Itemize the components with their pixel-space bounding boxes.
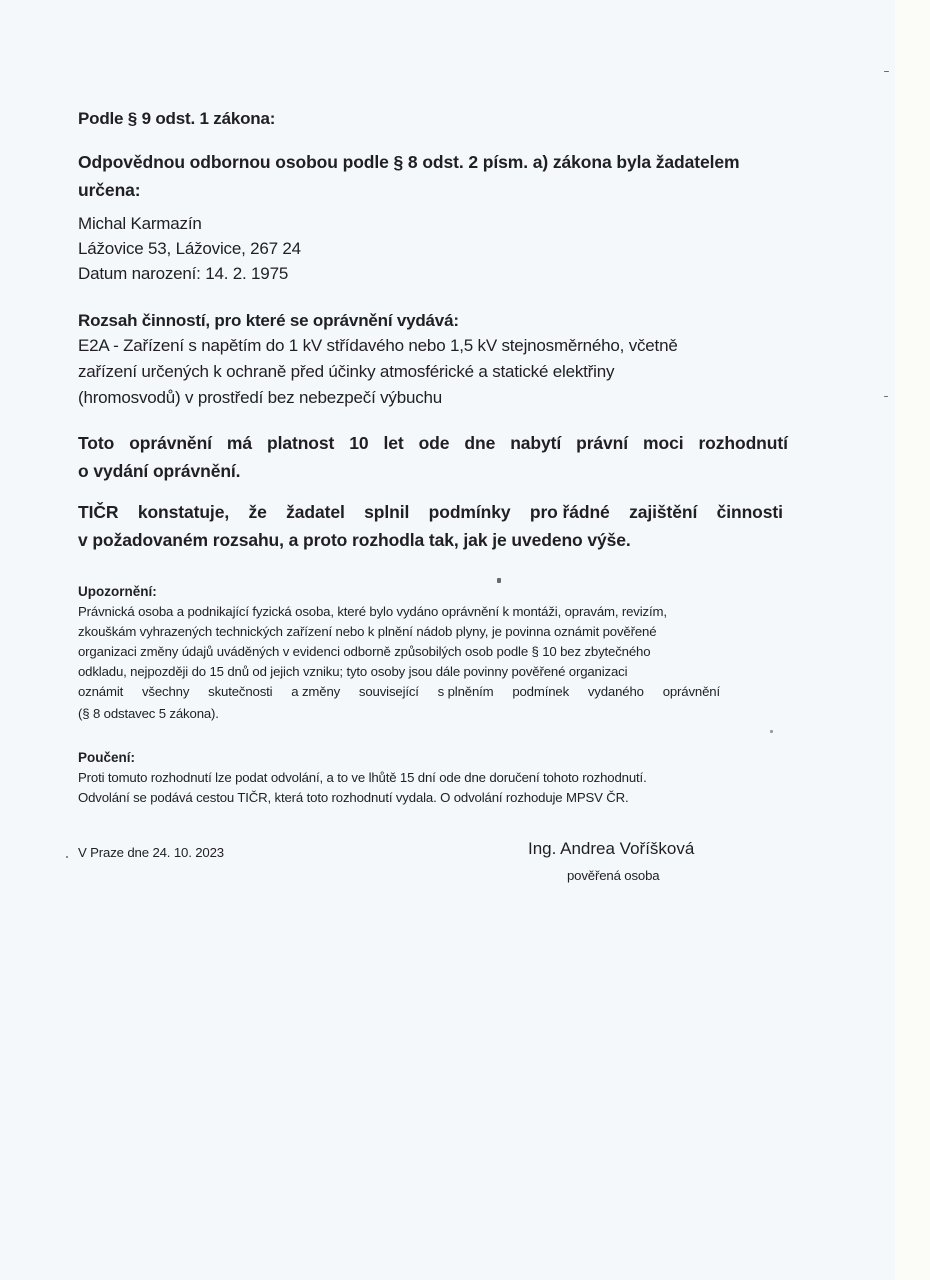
notice-line: odkladu, nejpozději do 15 dnů od jejich … — [78, 662, 627, 682]
word: splnil — [364, 502, 409, 523]
person-address: Lážovice 53, Lážovice, 267 24 — [78, 239, 301, 259]
word: rozhodnutí — [698, 433, 787, 454]
word: právní — [576, 433, 628, 454]
instruction-line: Odvolání se podává cestou TIČR, která to… — [78, 788, 629, 808]
word: Toto — [78, 433, 114, 454]
responsible-person-heading-2: určena: — [78, 180, 141, 201]
notice-line: (§ 8 odstavec 5 zákona). — [78, 704, 219, 724]
word: související — [359, 682, 419, 702]
scan-margin — [895, 0, 930, 1280]
word: a změny — [291, 682, 340, 702]
scan-speck — [884, 396, 888, 397]
notice-line: organizaci změny údajů uváděných v evide… — [78, 642, 650, 662]
scan-speck — [884, 71, 889, 72]
scope-line: (hromosvodů) v prostředí bez nebezpečí v… — [78, 388, 442, 408]
section-law-heading: Podle § 9 odst. 1 zákona: — [78, 109, 275, 129]
scope-line: zařízení určených k ochraně před účinky … — [78, 362, 614, 382]
word: platnost — [267, 433, 334, 454]
word: žadatel — [286, 502, 345, 523]
person-birth-date: Datum narození: 14. 2. 1975 — [78, 264, 288, 284]
notice-heading: Upozornění: — [78, 584, 157, 599]
instruction-line: Proti tomuto rozhodnutí lze podat odvolá… — [78, 768, 647, 788]
word: že — [248, 502, 266, 523]
word: moci — [643, 433, 683, 454]
signatory-name: Ing. Andrea Voříšková — [528, 839, 694, 859]
scan-speck — [497, 578, 501, 583]
word: oprávnění — [129, 433, 212, 454]
word: skutečnosti — [208, 682, 272, 702]
word: podmínek — [512, 682, 569, 702]
scan-speck — [66, 856, 68, 858]
notice-line: oznámitvšechnyskutečnostia změnysouvisej… — [78, 682, 720, 702]
responsible-person-heading-1: Odpovědnou odbornou osobou podle § 8 ods… — [78, 152, 739, 173]
scope-line: E2A - Zařízení s napětím do 1 kV střídav… — [78, 336, 678, 356]
word: dne — [464, 433, 495, 454]
word: let — [383, 433, 403, 454]
notice-line: zkouškám vyhrazených technických zařízen… — [78, 622, 656, 642]
word: oprávnění — [663, 682, 720, 702]
word: má — [227, 433, 252, 454]
word: vydaného — [588, 682, 644, 702]
signatory-role: pověřená osoba — [567, 866, 660, 886]
word: všechny — [142, 682, 189, 702]
place-date: V Praze dne 24. 10. 2023 — [78, 843, 224, 863]
scope-heading: Rozsah činností, pro které se oprávnění … — [78, 311, 459, 331]
word: podmínky — [429, 502, 511, 523]
word: zajištění — [629, 502, 697, 523]
word: pro řádné — [530, 502, 610, 523]
ticr-statement-1: TIČRkonstatuje,žežadatelsplnilpodmínkypr… — [78, 502, 783, 523]
notice-line: Právnická osoba a podnikající fyzická os… — [78, 602, 667, 622]
instruction-heading: Poučení: — [78, 750, 135, 765]
word: oznámit — [78, 682, 123, 702]
person-name: Michal Karmazín — [78, 214, 202, 234]
word: ode — [419, 433, 450, 454]
ticr-statement-2: v požadovaném rozsahu, a proto rozhodla … — [78, 530, 631, 551]
word: nabytí — [510, 433, 561, 454]
validity-statement-2: o vydání oprávnění. — [78, 461, 240, 482]
word: s plněním — [438, 682, 494, 702]
word: TIČR — [78, 502, 118, 523]
scan-speck — [770, 730, 773, 733]
validity-statement-1: Totooprávněnímáplatnost10letodednenabytí… — [78, 433, 788, 454]
word: konstatuje, — [138, 502, 229, 523]
word: 10 — [349, 433, 368, 454]
word: činnosti — [717, 502, 783, 523]
